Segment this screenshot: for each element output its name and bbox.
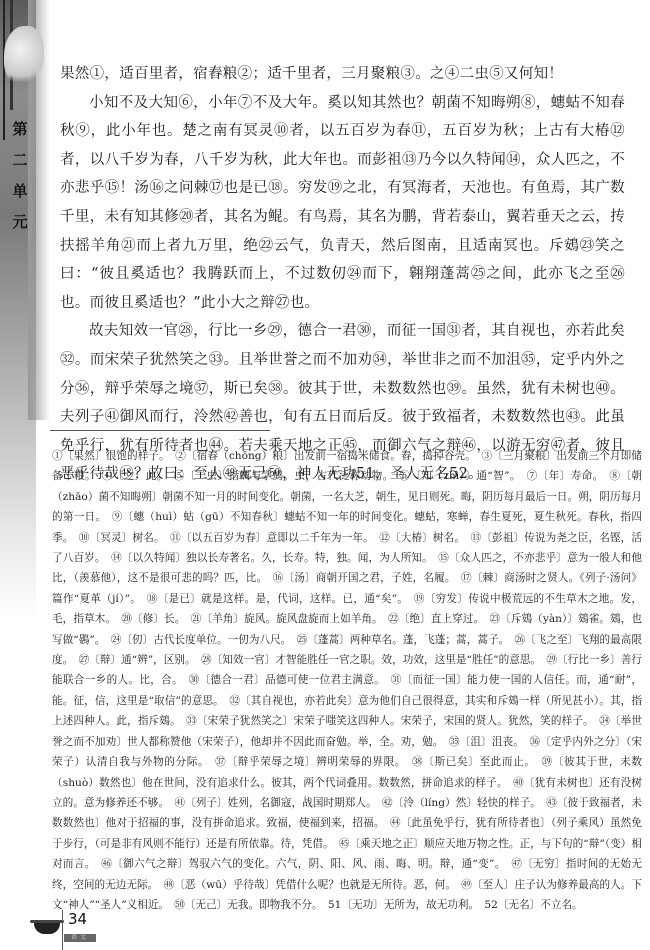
footnote-divider (50, 430, 270, 431)
unit-label-char: 二 (12, 153, 27, 168)
unit-label-char: 元 (12, 215, 27, 230)
unit-label: 第 二 单 元 (10, 122, 30, 230)
paragraph-2: 小知不及大知⑥，小年⑦不及大年。奚以知其然也？朝菌不知晦朔⑧，蟪蛄不知春秋⑨，此… (60, 89, 625, 318)
page-footer: 34 语文 (34, 910, 154, 950)
main-text: 果然①，适百里者，宿舂粮②；适千里者，三月聚粮③。之④二虫⑤又何知！ 小知不及大… (60, 60, 625, 489)
decorative-ink-illustration (4, 26, 44, 86)
subject-tag: 语文 (64, 934, 96, 942)
footnotes: ①〔果然〕很饱的样子。 ②〔宿舂（chōng）粮〕出发前一宿捣米储食。舂，捣掉谷… (52, 446, 642, 915)
footnote-text: ①〔果然〕很饱的样子。 ②〔宿舂（chōng）粮〕出发前一宿捣米储食。舂，捣掉谷… (52, 446, 642, 915)
page-number: 34 (68, 910, 87, 928)
unit-label-char: 第 (12, 122, 27, 137)
paragraph-1: 果然①，适百里者，宿舂粮②；适千里者，三月聚粮③。之④二虫⑤又何知！ (60, 60, 625, 89)
unit-label-char: 单 (12, 184, 27, 199)
bowl-icon (34, 922, 60, 934)
footer-divider (62, 910, 63, 950)
